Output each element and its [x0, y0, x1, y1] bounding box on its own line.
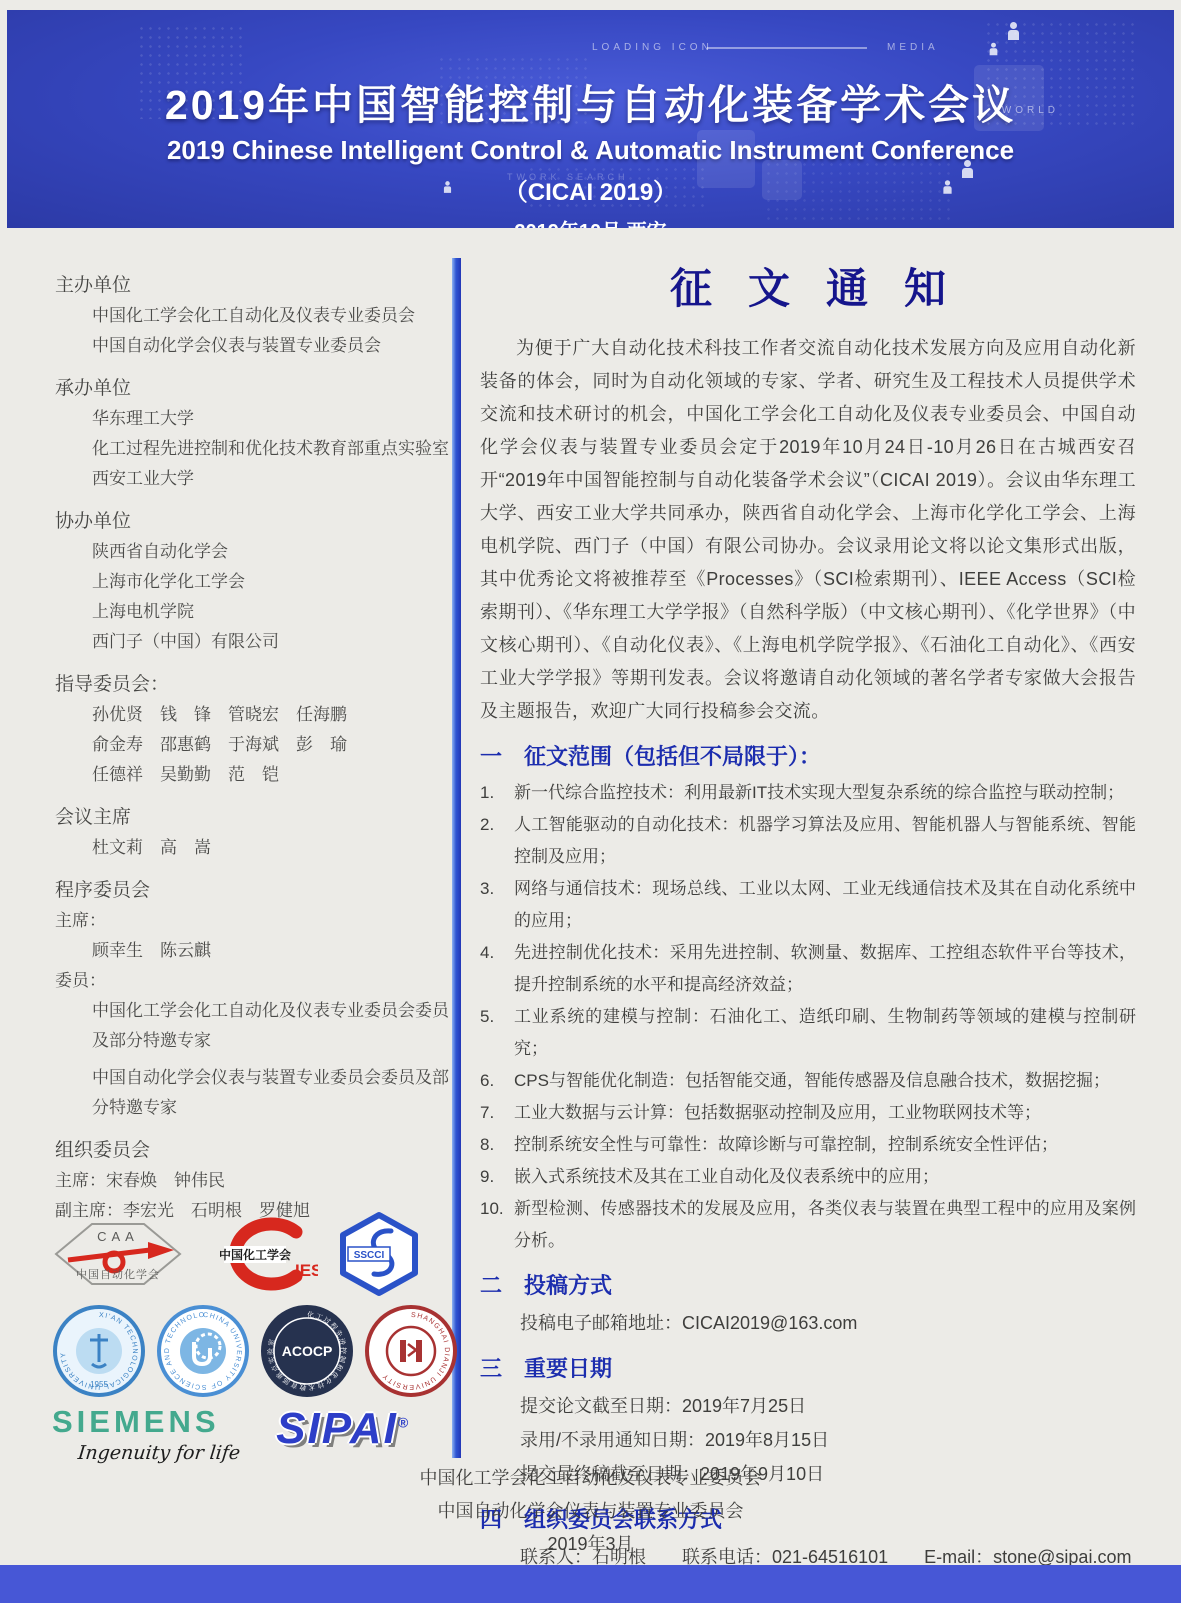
cfp-topic-item: 7.工业大数据与云计算：包括数据驱动控制及应用，工业物联网技术等；	[480, 1097, 1136, 1129]
topic-text: 网络与通信技术：现场总线、工业以太网、工业无线通信技术及其在自动化系统中的应用；	[514, 873, 1136, 937]
world-label: WORLD	[1002, 105, 1059, 116]
topic-text: 先进控制优化技术：采用先进控制、软测量、数据库、工控组态软件平台等技术，提升控制…	[514, 937, 1136, 1001]
left-section-item: 中国化工学会化工自动化及仪表专业委员会	[55, 301, 455, 331]
logo-row-3: SIEMENSIngenuity for lifeSIPAI®	[52, 1404, 457, 1464]
left-section-heading: 主办单位	[55, 271, 455, 301]
left-section-item: 西安工业大学	[55, 464, 455, 494]
ciesc-logo: 中国化工学会IESC	[200, 1214, 318, 1299]
left-section-item: 俞金寿 邵惠鹤 于海斌 彭 瑜	[55, 730, 455, 760]
left-section-item: 杜文莉 高 嵩	[55, 833, 455, 863]
topic-number: 5.	[480, 1001, 514, 1065]
cfp-intro-paragraph: 为便于广大自动化技术科技工作者交流自动化技术发展方向及应用自动化新装备的体会，同…	[480, 332, 1136, 728]
sdju-logo: SHANGHAI DIANJI UNIVERSITY	[364, 1304, 458, 1398]
cfp-topic-item: 9.嵌入式系统技术及其在工业自动化及仪表系统中的应用；	[480, 1161, 1136, 1193]
svg-text:SSCCI: SSCCI	[354, 1250, 385, 1261]
cfp-topic-item: 3.网络与通信技术：现场总线、工业以太网、工业无线通信技术及其在自动化系统中的应…	[480, 873, 1136, 937]
sscci-logo: SSCCI	[334, 1211, 424, 1302]
section-title: 投稿方式	[524, 1273, 612, 1298]
left-section-item: 华东理工大学	[55, 404, 455, 434]
section-heading: 二投稿方式	[480, 1269, 1136, 1300]
left-section-item: 主席：宋春焕 钟伟民	[55, 1166, 455, 1196]
cfp-topic-item: 2.人工智能驱动的自动化技术：机器学习算法及应用、智能机器人与智能系统、智能控制…	[480, 809, 1136, 873]
svg-text:1955: 1955	[90, 1380, 108, 1389]
svg-text:中国自动化学会: 中国自动化学会	[76, 1267, 160, 1281]
siemens-tagline: Ingenuity for life	[77, 1442, 241, 1464]
ciesc-logo: 中国化工学会IESC	[200, 1214, 318, 1294]
left-section-item: 中国自动化学会仪表与装置专业委员会委员及部分特邀专家	[55, 1063, 455, 1123]
left-section-item: 化工过程先进控制和优化技术教育部重点实验室	[55, 434, 455, 464]
left-section-item: 中国自动化学会仪表与装置专业委员会	[55, 331, 455, 361]
xatu-logo: XI'AN TECHNOLOGICAL UNIVERSITY1955	[52, 1304, 146, 1398]
footer-line: 2019年3月	[0, 1528, 1181, 1561]
footer-line: 中国自动化学会仪表与装置专业委员会	[0, 1495, 1181, 1528]
left-section-item: 孙优贤 钱 锋 管晓宏 任海鹏	[55, 700, 455, 730]
caa-logo: CAA中国自动化学会	[52, 1214, 184, 1294]
cfp-topic-item: 5.工业系统的建模与控制：石油化工、造纸印刷、生物制药等领域的建模与控制研究；	[480, 1001, 1136, 1065]
sscci-logo: SSCCI	[334, 1211, 424, 1297]
section-title: 征文范围（包括但不局限于）：	[524, 744, 821, 769]
section-detail-line: 提交论文截至日期：2019年7月25日	[480, 1389, 1136, 1423]
conference-date-place: 2019年10月 西安	[7, 215, 1174, 228]
topic-text: 控制系统安全性与可靠性：故障诊断与可靠控制，控制系统安全性评估；	[514, 1129, 1136, 1161]
siemens-logo: SIEMENSIngenuity for life	[52, 1404, 240, 1464]
svg-text:CAA: CAA	[97, 1229, 139, 1244]
svg-text:IESC: IESC	[295, 1261, 318, 1280]
person-icon	[990, 43, 998, 56]
header-banner: LOADING ICON MEDIA WORLD TWORK SEARCH 20…	[7, 10, 1174, 228]
topic-number: 9.	[480, 1161, 514, 1193]
cfp-topic-item: 10.新型检测、传感器技术的发展及应用，各类仪表与装置在典型工程中的应用及案例分…	[480, 1193, 1136, 1257]
ecust-logo: CHINA UNIVERSITY OF SCIENCE AND TECHNOLO…	[156, 1304, 250, 1403]
tile-decoration	[762, 160, 802, 200]
topic-number: 10.	[480, 1193, 514, 1257]
left-section-heading: 会议主席	[55, 803, 455, 833]
network-search-label: TWORK SEARCH	[507, 172, 629, 182]
person-icon	[943, 180, 951, 194]
svg-text:中国化工学会: 中国化工学会	[219, 1247, 291, 1262]
footer-line: 中国化工学会化工自动化及仪表专业委员会	[0, 1462, 1181, 1495]
registered-mark: ®	[398, 1414, 410, 1430]
decor-line	[707, 47, 867, 49]
section-detail-line: 录用/不录用通知日期：2019年8月15日	[480, 1423, 1136, 1457]
section-detail-line: 投稿电子邮箱地址：CICAI2019@163.com	[480, 1306, 1136, 1340]
left-section-item: 中国化工学会化工自动化及仪表专业委员会委员及部分特邀专家	[55, 996, 455, 1056]
pixel-grid-decoration	[437, 55, 587, 130]
left-section-item: 任德祥 吴勤勤 范 铠	[55, 760, 455, 790]
topic-number: 3.	[480, 873, 514, 937]
topic-number: 6.	[480, 1065, 514, 1097]
left-section-item: 上海市化学化工学会	[55, 567, 455, 597]
logo-row-1: CAA中国自动化学会中国化工学会IESCSSCCI	[52, 1212, 457, 1300]
person-icon	[962, 160, 973, 178]
cfp-topic-item: 8.控制系统安全性与可靠性：故障诊断与可靠控制，控制系统安全性评估；	[480, 1129, 1136, 1161]
conference-title-en: 2019 Chinese Intelligent Control & Autom…	[7, 135, 1174, 166]
topic-number: 2.	[480, 809, 514, 873]
person-icon	[444, 181, 451, 193]
tile-decoration	[974, 65, 1044, 131]
person-icon	[1008, 22, 1019, 40]
bottom-bar	[0, 1565, 1181, 1603]
footer-lines: 中国化工学会化工自动化及仪表专业委员会中国自动化学会仪表与装置专业委员会2019…	[0, 1462, 1181, 1561]
right-column: 征文通知 为便于广大自动化技术科技工作者交流自动化技术发展方向及应用自动化新装备…	[480, 252, 1136, 1574]
acocp-logo: 化工过程先进控制和优化技术教育部重点实验室ACOCP	[260, 1304, 354, 1398]
left-section-item: 上海电机学院	[55, 597, 455, 627]
topic-number: 1.	[480, 777, 514, 809]
acocp-logo: 化工过程先进控制和优化技术教育部重点实验室ACOCP	[260, 1304, 354, 1403]
section-number: 三	[480, 1352, 524, 1383]
left-section-item: 陕西省自动化学会	[55, 537, 455, 567]
sdju-logo: SHANGHAI DIANJI UNIVERSITY	[364, 1304, 458, 1403]
left-section-heading: 程序委员会	[55, 876, 455, 906]
logo-row-2: XI'AN TECHNOLOGICAL UNIVERSITY1955CHINA …	[52, 1304, 457, 1402]
section-title: 重要日期	[524, 1356, 612, 1381]
cfp-topic-item: 6.CPS与智能优化制造：包括智能交通，智能传感器及信息融合技术，数据挖掘；	[480, 1065, 1136, 1097]
left-section-heading: 协办单位	[55, 507, 455, 537]
left-section-item: 主席：	[55, 906, 455, 936]
ecust-logo: CHINA UNIVERSITY OF SCIENCE AND TECHNOLO…	[156, 1304, 250, 1398]
topic-text: 工业系统的建模与控制：石油化工、造纸印刷、生物制药等领域的建模与控制研究；	[514, 1001, 1136, 1065]
topic-text: 新型检测、传感器技术的发展及应用，各类仪表与装置在典型工程中的应用及案例分析。	[514, 1193, 1136, 1257]
logos-block: CAA中国自动化学会中国化工学会IESCSSCCI XI'AN TECHNOLO…	[52, 1212, 457, 1464]
left-column: 主办单位中国化工学会化工自动化及仪表专业委员会中国自动化学会仪表与装置专业委员会…	[55, 258, 455, 1226]
page: LOADING ICON MEDIA WORLD TWORK SEARCH 20…	[0, 0, 1181, 1603]
caa-logo: CAA中国自动化学会	[52, 1214, 184, 1299]
media-label: MEDIA	[887, 42, 939, 53]
right-sections: 一征文范围（包括但不局限于）：1.新一代综合监控技术：利用最新IT技术实现大型复…	[480, 740, 1136, 1574]
topic-text: 人工智能驱动的自动化技术：机器学习算法及应用、智能机器人与智能系统、智能控制及应…	[514, 809, 1136, 873]
topic-text: 工业大数据与云计算：包括数据驱动控制及应用，工业物联网技术等；	[514, 1097, 1136, 1129]
cfp-topic-item: 4.先进控制优化技术：采用先进控制、软测量、数据库、工控组态软件平台等技术，提升…	[480, 937, 1136, 1001]
cfp-topic-item: 1.新一代综合监控技术：利用最新IT技术实现大型复杂系统的综合监控与联动控制；	[480, 777, 1136, 809]
left-section-item: 委员：	[55, 966, 455, 996]
left-section-heading: 承办单位	[55, 374, 455, 404]
section-heading: 三重要日期	[480, 1352, 1136, 1383]
topic-number: 7.	[480, 1097, 514, 1129]
section-heading: 一征文范围（包括但不局限于）：	[480, 740, 1136, 771]
topic-text: 新一代综合监控技术：利用最新IT技术实现大型复杂系统的综合监控与联动控制；	[514, 777, 1136, 809]
section-number: 一	[480, 740, 524, 771]
left-section-item: 顾幸生 陈云麒	[55, 936, 455, 966]
siemens-wordmark: SIEMENS	[52, 1404, 240, 1440]
left-section-heading: 组织委员会	[55, 1136, 455, 1166]
cfp-title: 征文通知	[480, 256, 1136, 316]
topic-number: 8.	[480, 1129, 514, 1161]
topic-number: 4.	[480, 937, 514, 1001]
left-section-heading: 指导委员会：	[55, 670, 455, 700]
topic-text: 嵌入式系统技术及其在工业自动化及仪表系统中的应用；	[514, 1161, 1136, 1193]
loading-icon-label: LOADING ICON	[592, 42, 713, 53]
svg-text:ACOCP: ACOCP	[282, 1343, 333, 1359]
sipai-logo: SIPAI®	[276, 1404, 410, 1454]
left-section-item: 西门子（中国）有限公司	[55, 627, 455, 657]
section-number: 二	[480, 1269, 524, 1300]
tile-decoration	[697, 130, 755, 188]
xatu-logo: XI'AN TECHNOLOGICAL UNIVERSITY1955	[52, 1304, 146, 1403]
topic-text: CPS与智能优化制造：包括智能交通，智能传感器及信息融合技术，数据挖掘；	[514, 1065, 1136, 1097]
pixel-grid-decoration	[137, 24, 247, 119]
